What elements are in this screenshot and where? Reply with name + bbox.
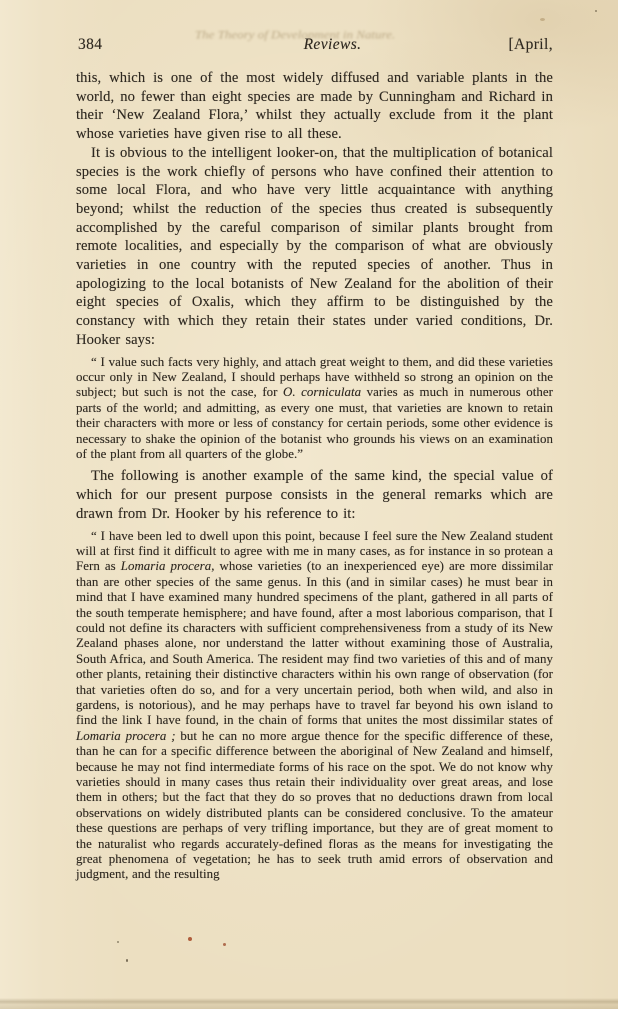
text-block: this, which is one of the most widely di… — [76, 69, 553, 883]
paragraph-4: The following is another example of the … — [76, 467, 553, 523]
page-content-column: 384 Reviews. [April, this, which is one … — [76, 0, 553, 888]
paper-speck — [188, 937, 192, 941]
paper-speck — [223, 943, 226, 946]
paper-speck — [595, 10, 597, 12]
paragraph-2: It is obvious to the intelligent looker-… — [76, 144, 553, 350]
quote-paragraph-3: “ I value such facts very highly, and at… — [76, 355, 553, 463]
running-header: 384 Reviews. [April, — [76, 36, 553, 56]
paragraph-1: this, which is one of the most widely di… — [76, 69, 553, 144]
quote-paragraph-5: “ I have been led to dwell upon this poi… — [76, 529, 553, 883]
paper-speck — [117, 941, 119, 943]
issue-date-label: [April, — [508, 36, 553, 54]
scanned-book-page: The Theory of Development in Nature. 384… — [0, 0, 618, 1009]
running-head-title: Reviews. — [94, 36, 571, 54]
paper-speck — [126, 959, 128, 962]
